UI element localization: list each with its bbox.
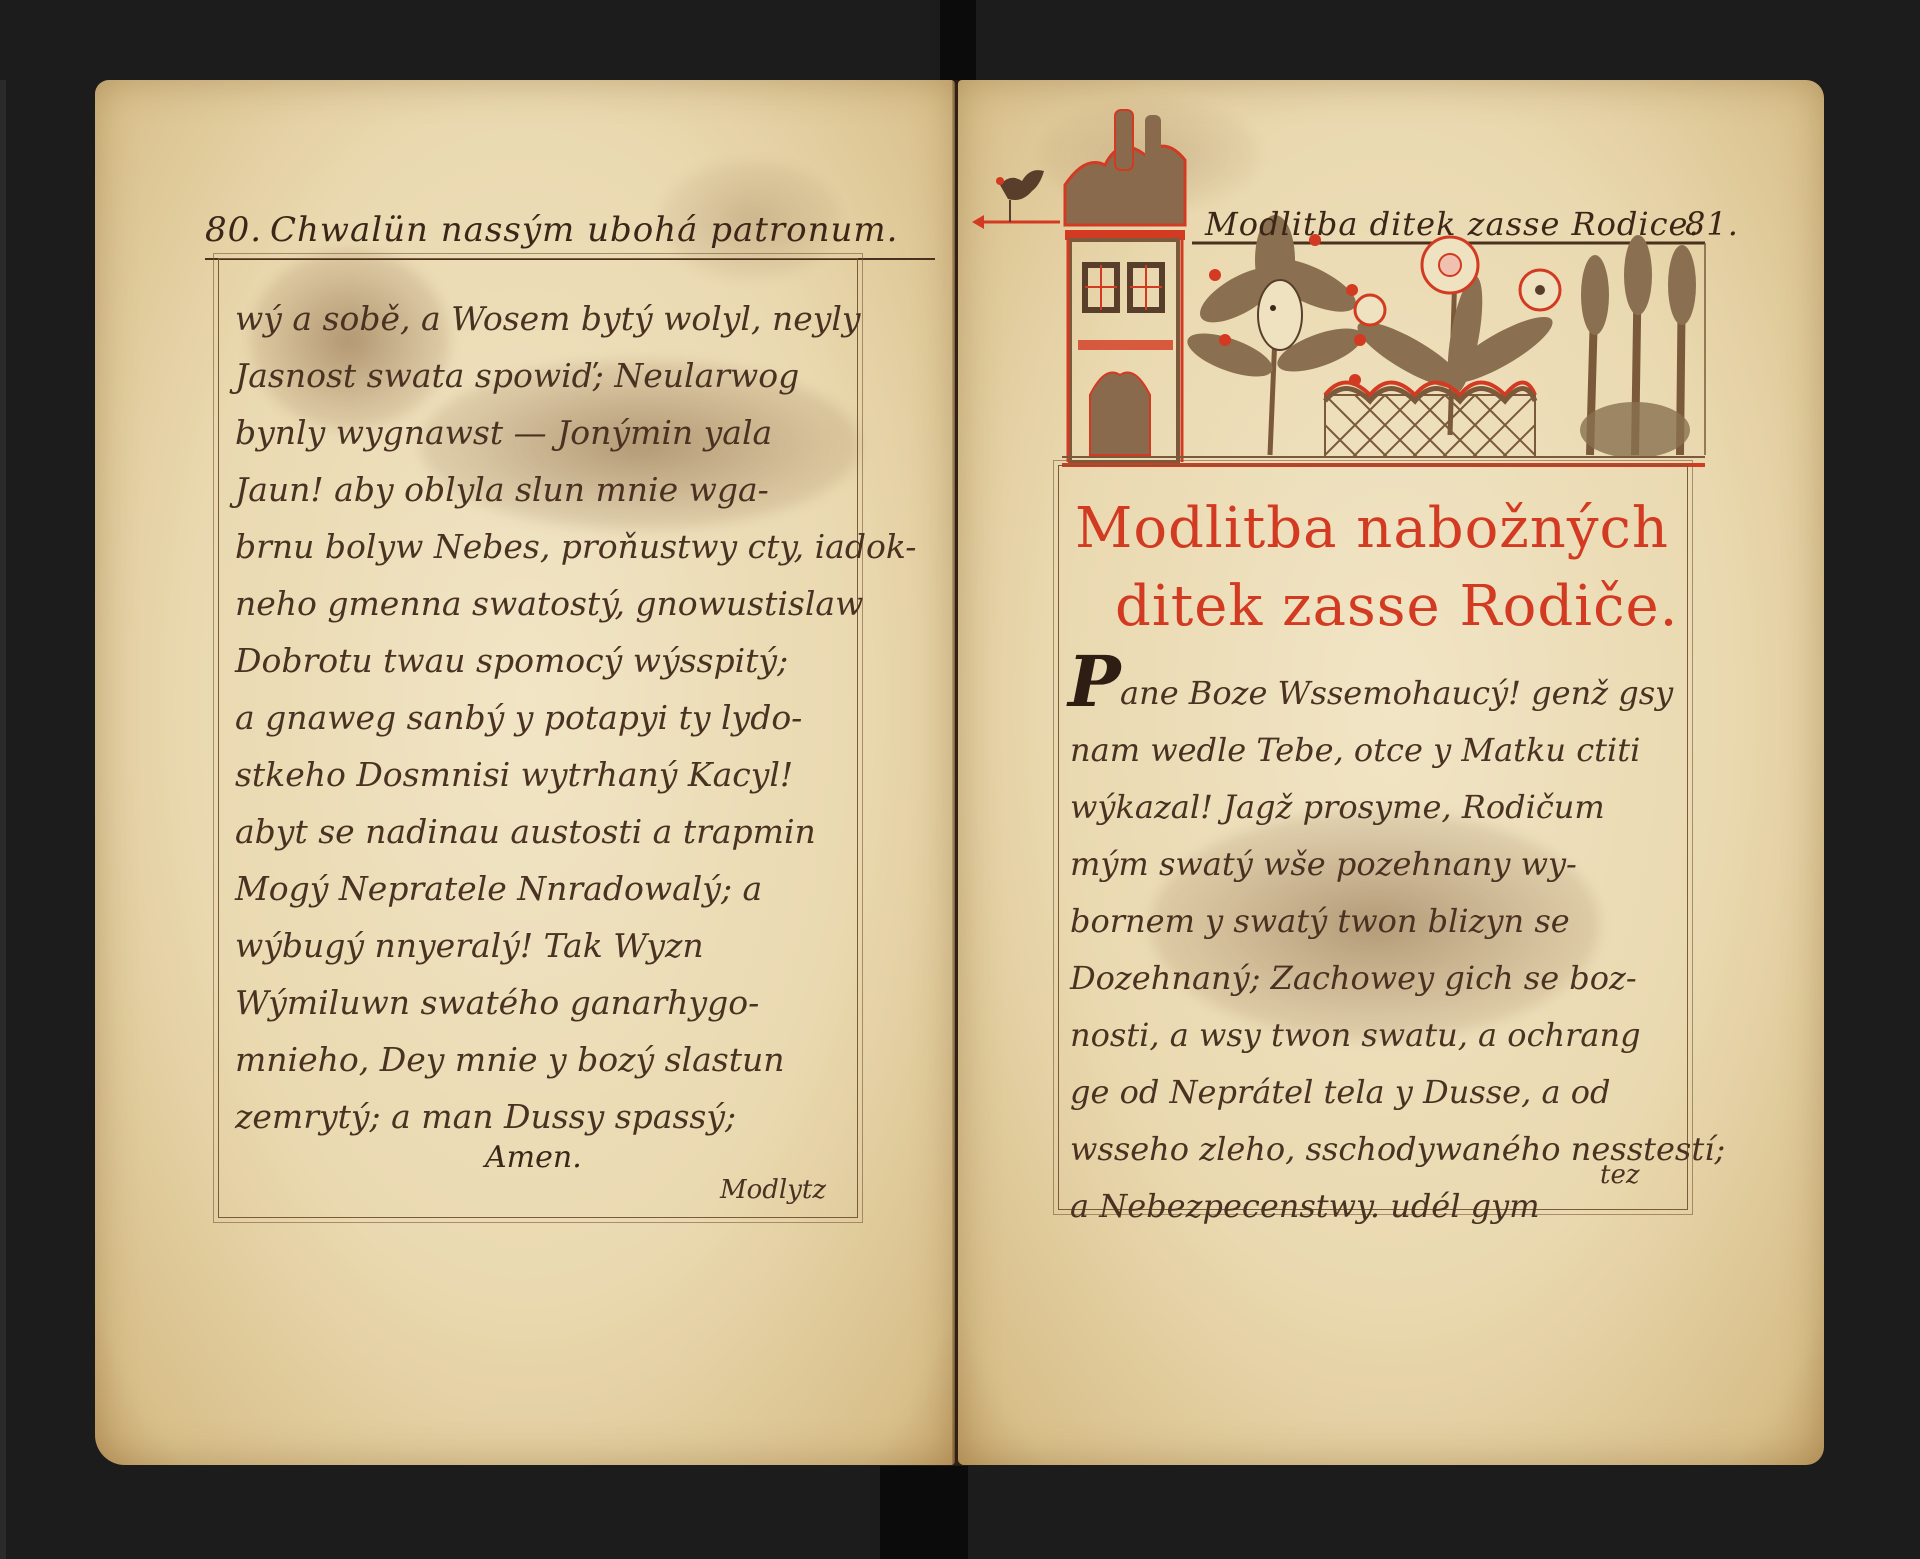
text-line: Dobrotu twau spomocý wýsspitý; [235, 632, 916, 689]
spine-strip-top [940, 0, 976, 84]
left-edge-strip [0, 80, 6, 1559]
lattice-fence-icon [1325, 383, 1535, 458]
text-line: Mogý Nepratele Nnradowalý; a [235, 860, 916, 917]
text-line: zemrytý; a man Dussy spassý; [235, 1088, 916, 1145]
text-line: Jasnost swata spowiď; Neularwog [235, 347, 916, 404]
text-line: ane Boze Wssemohaucý! genž gsy [1070, 665, 1725, 722]
text-line: brnu bolyw Nebes, proňustwy cty, iadok- [235, 518, 916, 575]
text-line: mnieho, Dey mnie y bozý slastun [235, 1031, 916, 1088]
text-line: Dozehnaný; Zachowey gich se boz- [1070, 950, 1725, 1007]
text-line: wýkazal! Jagž prosyme, Rodičum [1070, 779, 1725, 836]
left-catchword: Modlytz [720, 1175, 826, 1205]
amen: Amen. [485, 1140, 582, 1175]
text-line: bynly wygnawst — Jonýmin yala [235, 404, 916, 461]
spine-strip-bottom [880, 1466, 968, 1559]
right-body-text: ane Boze Wssemohaucý! genž gsy nam wedle… [1070, 665, 1725, 1235]
title-line: ditek zasse Rodiče. [1075, 568, 1678, 646]
right-running-head: Modlitba ditek zasse Rodice. [1205, 205, 1700, 243]
text-line: neho gmenna swatostý, gnowustislaw [235, 575, 916, 632]
right-catchword: tez [1600, 1160, 1640, 1190]
text-line: nam wedle Tebe, otce y Matku ctiti [1070, 722, 1725, 779]
text-line: wýbugý nnyeralý! Tak Wyzn [235, 917, 916, 974]
wheat-trees-icon [1580, 235, 1696, 458]
decorative-vignette [970, 95, 1710, 470]
text-line: wý a sobě, a Wosem bytý wolyl, neyly [235, 290, 916, 347]
left-page-number: 80. [205, 210, 262, 250]
text-line: mým swatý wše pozehnany wy- [1070, 836, 1725, 893]
text-line: stkeho Dosmnisi wytrhaný Kacyl! [235, 746, 916, 803]
left-body-text: wý a sobě, a Wosem bytý wolyl, neyly Jas… [235, 290, 916, 1145]
prayer-title: Modlitba nabožných ditek zasse Rodiče. [1075, 490, 1678, 646]
left-running-head: Chwalün nassým ubohá patronum. [270, 210, 898, 250]
text-line: abyt se nadinau austosti a trapmin [235, 803, 916, 860]
text-line: nosti, a wsy twon swatu, a ochrang [1070, 1007, 1725, 1064]
text-line: Jaun! aby oblyla slun mnie wga- [235, 461, 916, 518]
text-line: bornem y swatý twon blizyn se [1070, 893, 1725, 950]
face-tree-icon [1182, 215, 1368, 455]
text-line: ge od Neprátel tela y Dusse, a od [1070, 1064, 1725, 1121]
right-page-number: 81. [1685, 205, 1739, 243]
house-tower-icon [1065, 110, 1185, 462]
title-line: Modlitba nabožných [1075, 490, 1678, 568]
rooster-weathervane-icon [972, 170, 1060, 229]
text-line: a gnaweg sanbý y potapyi ty lydo- [235, 689, 916, 746]
text-line: Wýmiluwn swatého ganarhygo- [235, 974, 916, 1031]
